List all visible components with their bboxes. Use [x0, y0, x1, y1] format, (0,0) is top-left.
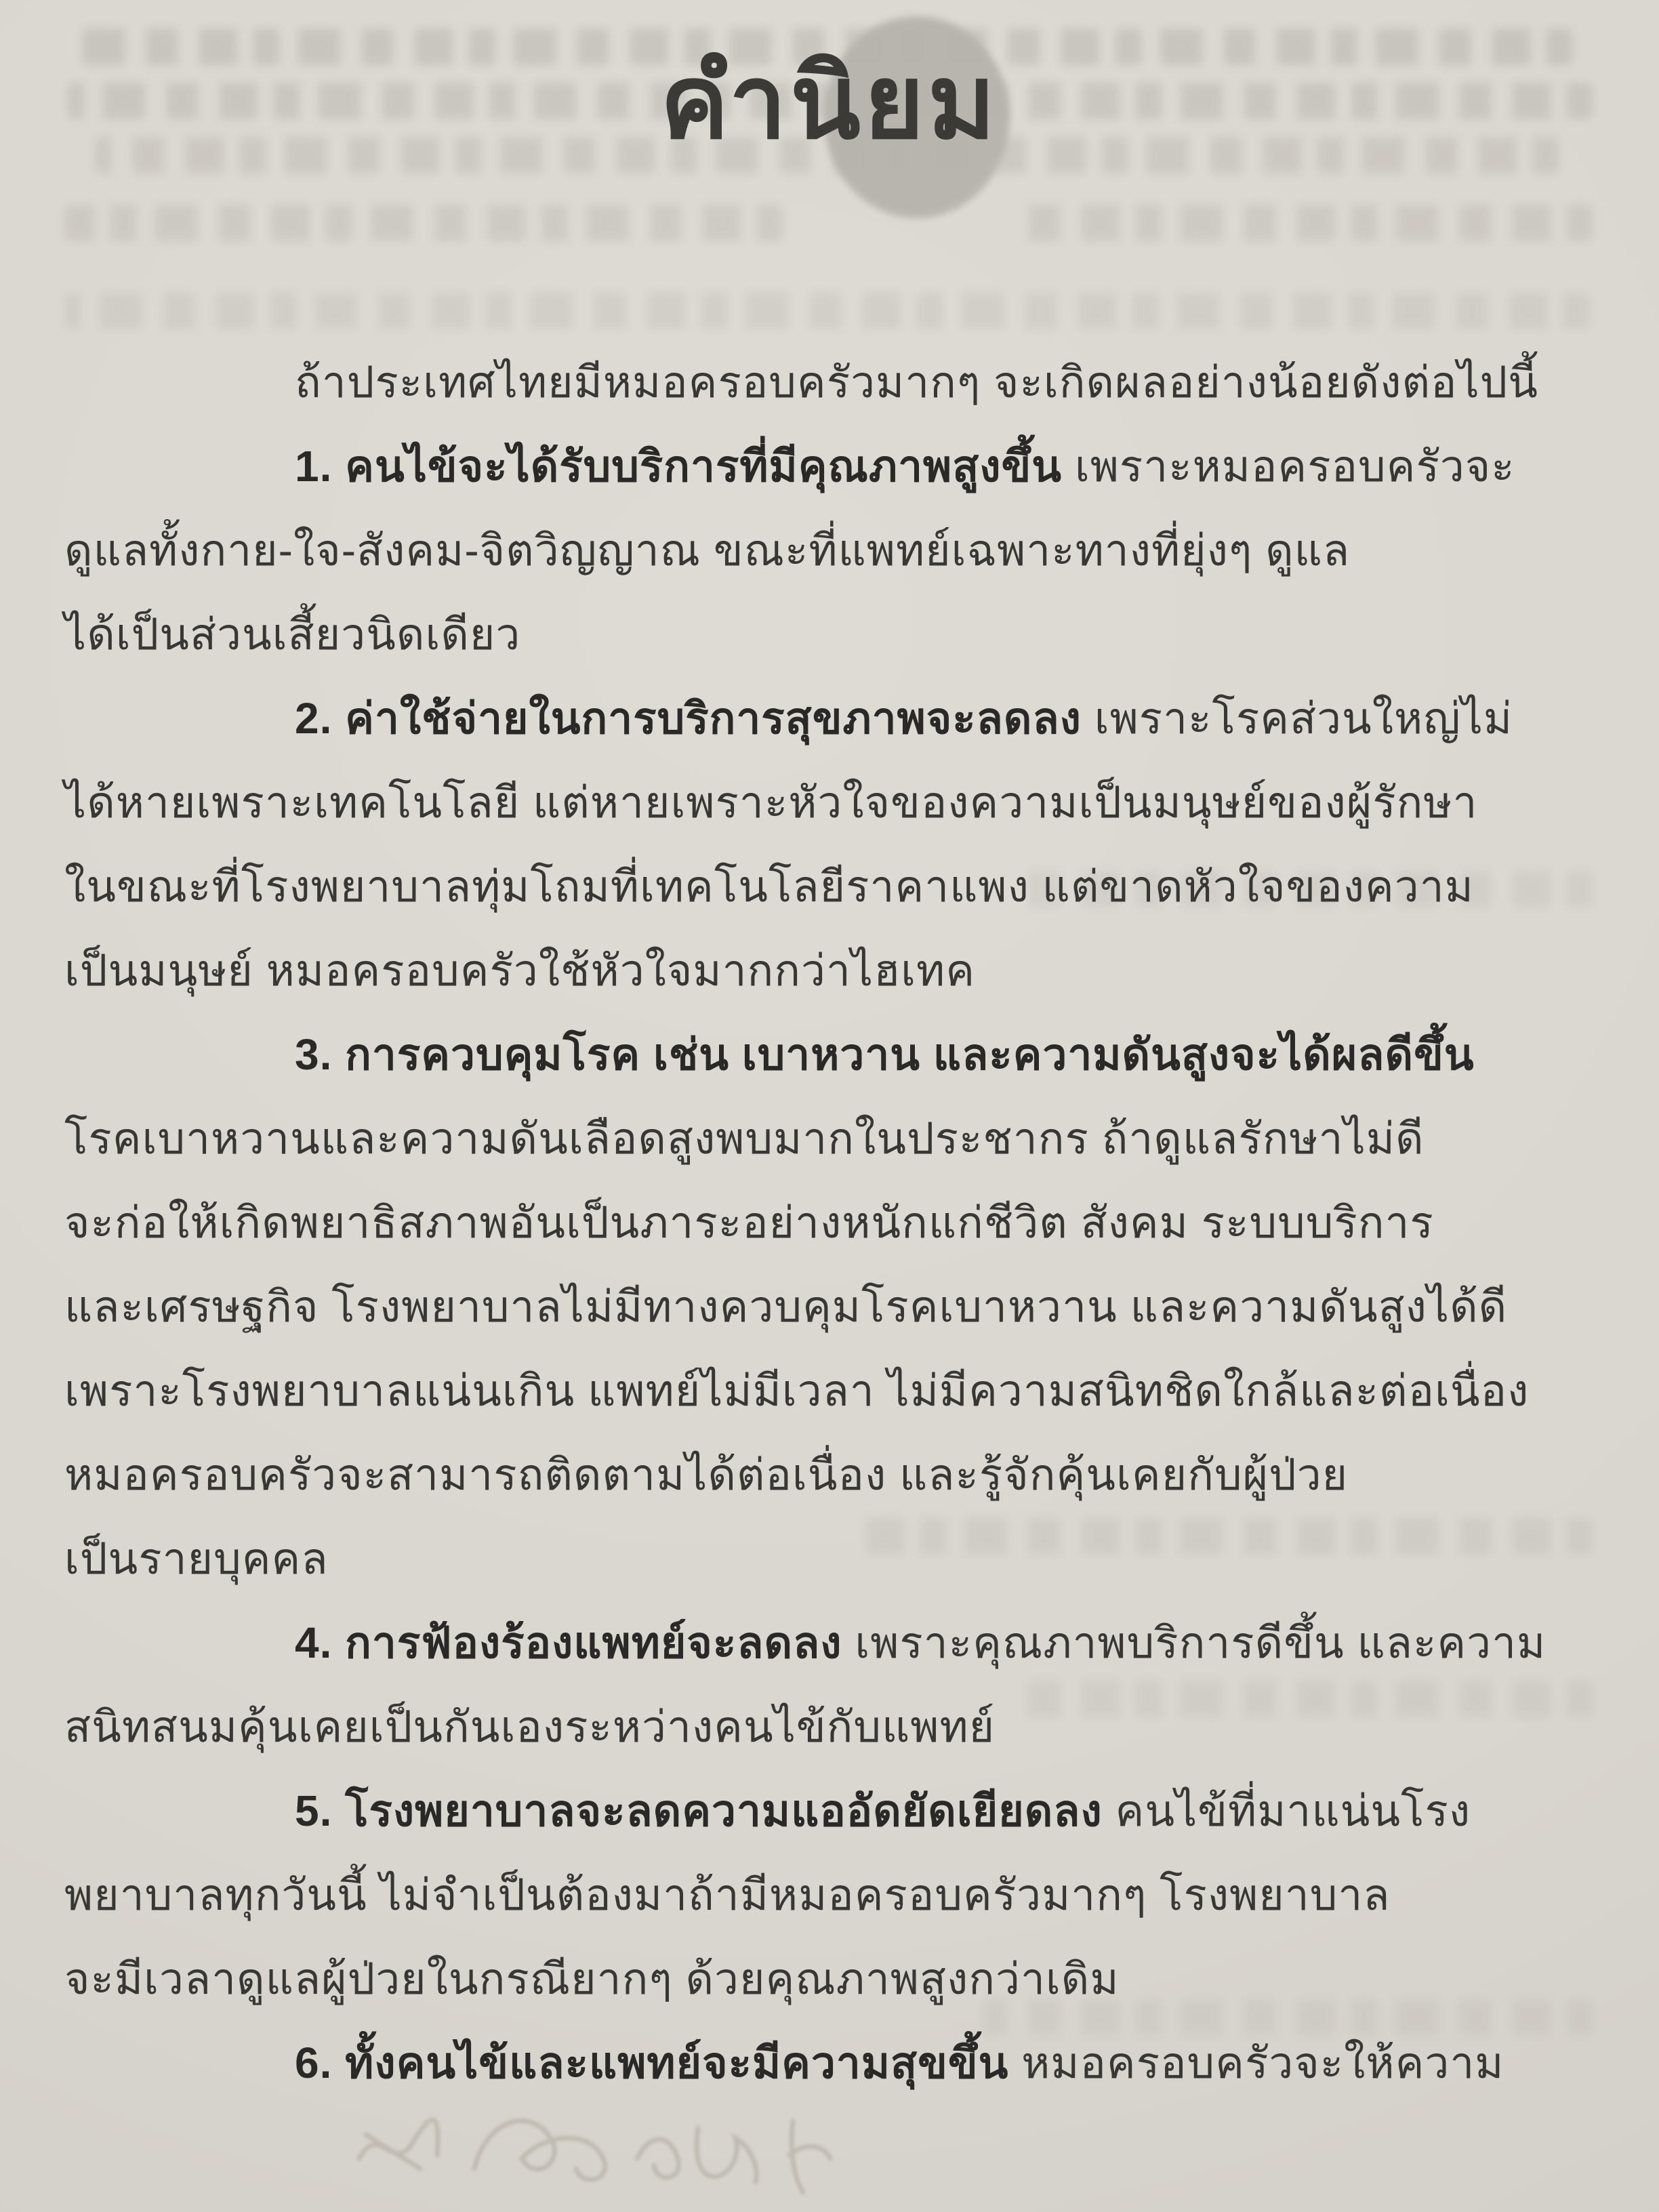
- text-line: เป็นรายบุคคล: [64, 1517, 1603, 1601]
- text-line: จะมีเวลาดูแลผู้ป่วยในกรณียากๆ ด้วยคุณภาพ…: [64, 1937, 1603, 2021]
- showthrough-artifact: [64, 205, 783, 241]
- page-title: คำนิยม: [0, 19, 1659, 183]
- text-line: 2. ค่าใช้จ่ายในการบริการสุขภาพจะลดลง เพร…: [64, 676, 1603, 760]
- text-line: ได้เป็นส่วนเสี้ยวนิดเดียว: [64, 592, 1603, 676]
- text-line-regular: เพราะคุณภาพบริการดีขึ้น และความ: [842, 1618, 1547, 1667]
- text-line-bold: 5. โรงพยาบาลจะลดความแออัดยัดเยียดลง: [295, 1786, 1103, 1835]
- text-line: 3. การควบคุมโรค เช่น เบาหวาน และความดันส…: [64, 1012, 1603, 1097]
- text-line-regular: สนิทสนมคุ้นเคยเป็นกันเองระหว่างคนไข้กับแ…: [64, 1702, 995, 1751]
- text-line-bold: 3. การควบคุมโรค เช่น เบาหวาน และความดันส…: [295, 1030, 1475, 1079]
- text-line-bold: 1. คนไข้จะได้รับบริการที่มีคุณภาพสูงขึ้น: [295, 442, 1062, 491]
- text-line: ได้หายเพราะเทคโนโลยี แต่หายเพราะหัวใจของ…: [64, 760, 1603, 844]
- text-line: เป็นมนุษย์ หมอครอบครัวใช้หัวใจมากกว่าไฮเ…: [64, 928, 1603, 1012]
- text-line-regular: โรคเบาหวานและความดันเลือดสูงพบมากในประชา…: [64, 1114, 1425, 1163]
- text-line: ถ้าประเทศไทยมีหมอครอบครัวมากๆ จะเกิดผลอย…: [64, 340, 1603, 424]
- text-line: 5. โรงพยาบาลจะลดความแออัดยัดเยียดลง คนไข…: [64, 1769, 1603, 1853]
- text-line-regular: จะมีเวลาดูแลผู้ป่วยในกรณียากๆ ด้วยคุณภาพ…: [64, 1954, 1120, 2003]
- text-line: เพราะโรงพยาบาลแน่นเกิน แพทย์ไม่มีเวลา ไม…: [64, 1349, 1603, 1433]
- text-line-regular: หมอครอบครัวจะให้ความ: [1008, 2039, 1504, 2087]
- text-line-regular: หมอครอบครัวจะสามารถติดตามได้ต่อเนื่อง แล…: [64, 1450, 1348, 1499]
- text-line-regular: พยาบาลทุกวันนี้ ไม่จำเป็นต้องมาถ้ามีหมอค…: [64, 1870, 1391, 1919]
- text-line-bold: 2. ค่าใช้จ่ายในการบริการสุขภาพจะลดลง: [295, 694, 1082, 743]
- text-line-regular: และเศรษฐกิจ โรงพยาบาลไม่มีทางควบคุมโรคเบ…: [64, 1282, 1507, 1331]
- text-line: หมอครอบครัวจะสามารถติดตามได้ต่อเนื่อง แล…: [64, 1433, 1603, 1517]
- text-line: โรคเบาหวานและความดันเลือดสูงพบมากในประชา…: [64, 1097, 1603, 1181]
- showthrough-artifact: [64, 293, 1589, 329]
- text-line: 6. ทั้งคนไข้และแพทย์จะมีความสุขขึ้น หมอค…: [64, 2021, 1603, 2105]
- text-line: 4. การฟ้องร้องแพทย์จะลดลง เพราะคุณภาพบริ…: [64, 1601, 1603, 1685]
- text-line-regular: เป็นมนุษย์ หมอครอบครัวใช้หัวใจมากกว่าไฮเ…: [64, 946, 975, 995]
- text-line-regular: เพราะหมอครอบครัวจะ: [1062, 442, 1515, 491]
- text-line-regular: ได้เป็นส่วนเสี้ยวนิดเดียว: [64, 610, 520, 659]
- text-line-regular: ดูแลทั้งกาย-ใจ-สังคม-จิตวิญญาณ ขณะที่แพท…: [64, 526, 1350, 575]
- document-body: ถ้าประเทศไทยมีหมอครอบครัวมากๆ จะเกิดผลอย…: [64, 340, 1603, 2105]
- book-page: คำนิยม ถ้าประเทศไทยมีหมอครอบครัวมากๆ จะเ…: [0, 0, 1659, 2212]
- text-line-regular: เพราะโรงพยาบาลแน่นเกิน แพทย์ไม่มีเวลา ไม…: [64, 1366, 1529, 1415]
- text-line-bold: 4. การฟ้องร้องแพทย์จะลดลง: [295, 1618, 842, 1667]
- showthrough-artifact: [1017, 205, 1593, 241]
- text-line: จะก่อให้เกิดพยาธิสภาพอันเป็นภาระอย่างหนั…: [64, 1181, 1603, 1265]
- text-line-regular: เป็นรายบุคคล: [64, 1534, 329, 1583]
- text-line: พยาบาลทุกวันนี้ ไม่จำเป็นต้องมาถ้ามีหมอค…: [64, 1853, 1603, 1937]
- text-line-regular: เพราะโรคส่วนใหญ่ไม่: [1082, 694, 1513, 743]
- text-line-regular: ถ้าประเทศไทยมีหมอครอบครัวมากๆ จะเกิดผลอย…: [295, 358, 1538, 407]
- text-line: ดูแลทั้งกาย-ใจ-สังคม-จิตวิญญาณ ขณะที่แพท…: [64, 508, 1603, 592]
- handwriting-mark: [319, 2094, 928, 2209]
- text-line: 1. คนไข้จะได้รับบริการที่มีคุณภาพสูงขึ้น…: [64, 424, 1603, 508]
- text-line-regular: จะก่อให้เกิดพยาธิสภาพอันเป็นภาระอย่างหนั…: [64, 1198, 1434, 1247]
- text-line: สนิทสนมคุ้นเคยเป็นกันเองระหว่างคนไข้กับแ…: [64, 1685, 1603, 1769]
- text-line-regular: คนไข้ที่มาแน่นโรง: [1103, 1786, 1471, 1835]
- text-line: และเศรษฐกิจ โรงพยาบาลไม่มีทางควบคุมโรคเบ…: [64, 1265, 1603, 1349]
- text-line-bold: 6. ทั้งคนไข้และแพทย์จะมีความสุขขึ้น: [295, 2039, 1008, 2087]
- text-line-regular: ในขณะที่โรงพยาบาลทุ่มโถมที่เทคโนโลยีราคา…: [64, 862, 1474, 911]
- text-line: ในขณะที่โรงพยาบาลทุ่มโถมที่เทคโนโลยีราคา…: [64, 844, 1603, 928]
- text-line-regular: ได้หายเพราะเทคโนโลยี แต่หายเพราะหัวใจของ…: [64, 778, 1477, 827]
